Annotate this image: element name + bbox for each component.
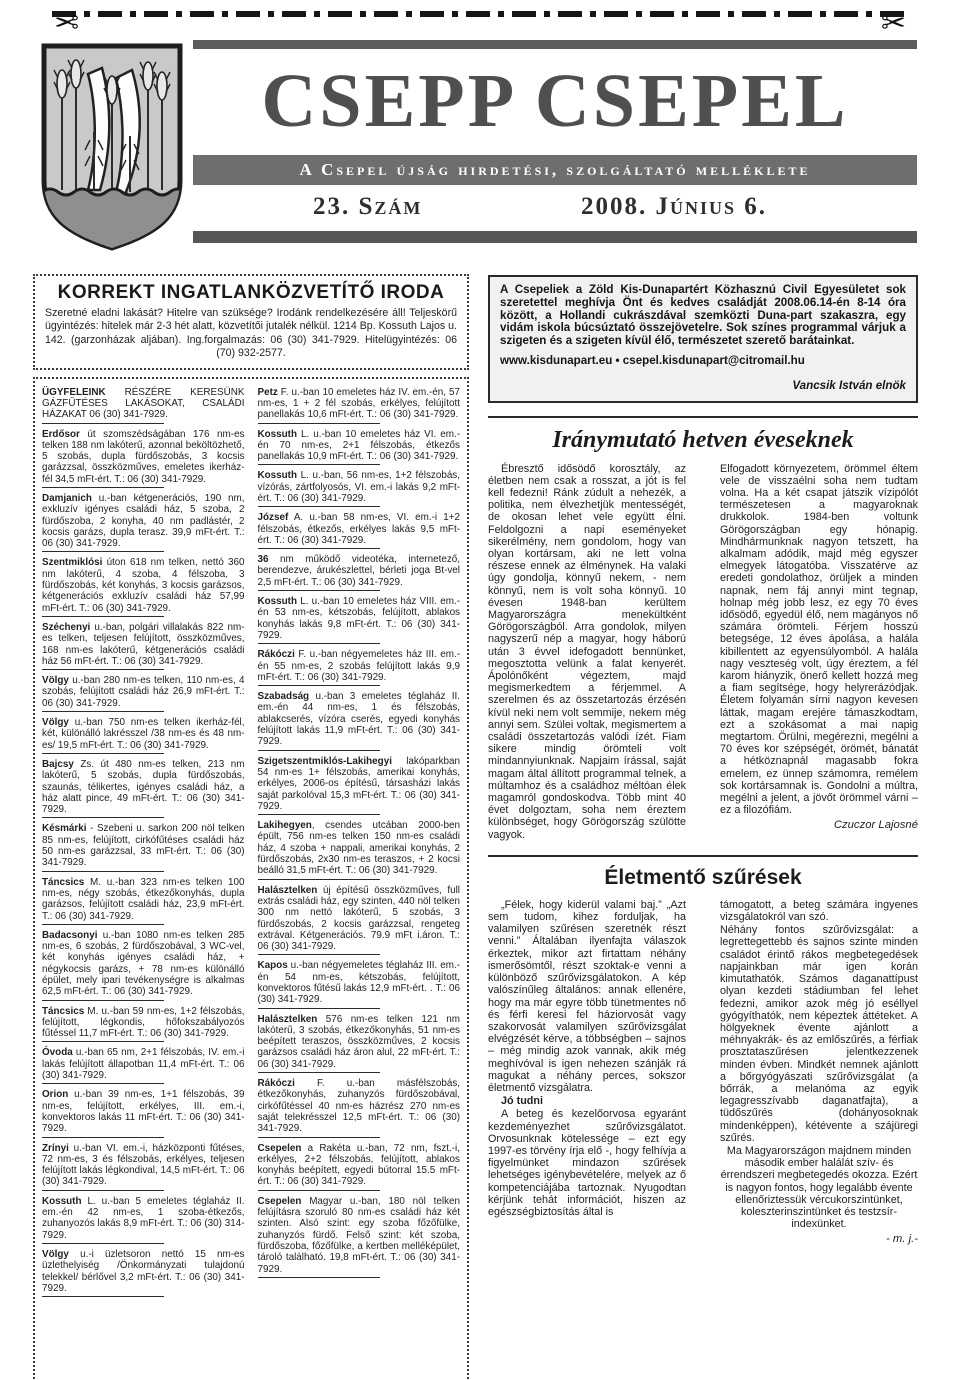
ad-separator xyxy=(42,669,164,670)
classified-ad: Rákóczi F. u.-ban négyemeletes ház III. … xyxy=(258,649,461,686)
ad-separator xyxy=(258,643,380,644)
ad-text: Zrínyi u.-ban VI. em.-i, házközponti fűt… xyxy=(42,1143,245,1188)
ad-separator xyxy=(42,1243,164,1244)
ad-separator xyxy=(258,814,380,815)
article1-column-1: Ébresztő idősödő korosztály, az életben … xyxy=(488,463,686,842)
ad-text: Táncsics M. u.-ban 59 nm-es, 1+2 félszob… xyxy=(42,1006,245,1040)
ad-separator xyxy=(42,616,164,617)
ad-separator xyxy=(258,1008,380,1009)
ad-separator xyxy=(258,548,380,549)
ad-text: Damjanich u.-ban kétgenerációs, 190 nm, … xyxy=(42,493,245,549)
csepel-coat-of-arms xyxy=(36,40,188,254)
ad-text: Bajcsy Zs. út 480 nm-es telken, 213 nm l… xyxy=(42,759,245,815)
civil-association-box: A Csepeliek a Zöld Kis-Dunapartért Közha… xyxy=(488,275,918,403)
article2-signature: - m. j.- xyxy=(720,1233,918,1245)
classified-ad: Kossuth L. u.-ban 10 emeletes ház VIII. … xyxy=(258,596,461,644)
classified-ad: Erdősor út szomszédságában 176 nm-es tel… xyxy=(42,429,245,488)
ad-separator xyxy=(42,487,164,488)
ad-text: Kossuth L. u.-ban, 56 nm-es, 1+2 félszob… xyxy=(258,470,461,504)
ad-text: Táncsics M. u.-ban 323 nm-es telken 100 … xyxy=(42,877,245,922)
article1-title: Iránymutató hetven éveseknek xyxy=(488,427,918,454)
ad-text: Szigetszentmiklós-Lakihegyi lakóparkban … xyxy=(258,756,461,812)
ad-text: Szentmiklósi úton 618 nm telken, nettó 3… xyxy=(42,557,245,613)
article2-column-1: „Félek, hogy kiderül valami baj.” „Azt s… xyxy=(488,899,686,1245)
classified-ad: Völgy u.-ban 280 nm-es telken, 110 nm-es… xyxy=(42,675,245,712)
classified-ad: Kossuth L. u.-ban 5 emeletes téglaház II… xyxy=(42,1196,245,1244)
civil-signature: Vancsik István elnök xyxy=(500,380,906,393)
ad-text: Völgy u.-ban 750 nm-es telken ikerház-fé… xyxy=(42,717,245,751)
article2-subhead: Jó tudni xyxy=(488,1095,686,1107)
classified-ads-box: ÜGYFELEINK RÉSZÉRE KERESÜNK GÁZFŰTÉSES L… xyxy=(33,377,469,1380)
ad-text: Kossuth L. u.-ban 5 emeletes téglaház II… xyxy=(42,1196,245,1241)
classified-ad: Zrínyi u.-ban VI. em.-i, házközponti fűt… xyxy=(42,1143,245,1191)
ad-text: Széchenyi u.-ban, polgári villalakás 822… xyxy=(42,622,245,667)
civil-invitation-text: A Csepeliek a Zöld Kis-Dunapartért Közha… xyxy=(500,284,906,348)
ad-text: Rákóczi F. u.-ban másfélszobás, étkezőko… xyxy=(258,1078,461,1134)
ad-text: Völgy u.-i üzletsoron nettó 15 nm-es üzl… xyxy=(42,1249,245,1294)
ad-text: Szabadság u.-ban 3 emeletes téglaház II.… xyxy=(258,691,461,747)
ad-text: Erdősor út szomszédságában 176 nm-es tel… xyxy=(42,429,245,485)
ad-separator xyxy=(42,423,164,424)
ad-text: Völgy u.-ban 280 nm-es telken, 110 nm-es… xyxy=(42,675,245,709)
ad-text: Lakihegyen, csendes utcában 2000-ben épü… xyxy=(258,820,461,876)
classified-ad: Bajcsy Zs. út 480 nm-es telken, 213 nm l… xyxy=(42,759,245,818)
classified-ad: Szigetszentmiklós-Lakihegyi lakóparkban … xyxy=(258,756,461,815)
ad-separator xyxy=(258,879,380,880)
ad-text: ÜGYFELEINK RÉSZÉRE KERESÜNK GÁZFŰTÉSES L… xyxy=(42,387,245,421)
article1-text: Ébresztő idősödő korosztály, az életben … xyxy=(488,463,686,841)
korrekt-office-body: Szeretné eladni lakását? Hitelre van szü… xyxy=(45,307,457,361)
ad-text: Óvoda u.-ban 65 nm, 2+1 félszobás, IV. e… xyxy=(42,1047,245,1081)
ad-separator xyxy=(42,924,164,925)
ad-separator xyxy=(258,954,380,955)
ad-separator xyxy=(258,750,380,751)
ad-text: Késmárki - Szebeni u. sarkon 200 nöl tel… xyxy=(42,823,245,868)
ad-separator xyxy=(42,1296,164,1297)
article2-column-2: támogatott, a beteg számára ingyenes viz… xyxy=(720,899,918,1245)
ad-separator xyxy=(258,1137,380,1138)
section-rule xyxy=(488,416,918,418)
ad-separator xyxy=(258,1190,380,1191)
articles-section: A Csepeliek a Zöld Kis-Dunapartért Közha… xyxy=(488,275,918,1245)
ad-separator xyxy=(42,551,164,552)
ad-text: Csepelen a Rakéta u.-ban, 72 nm, fszt.-i… xyxy=(258,1143,461,1188)
classified-ad: Petz F. u.-ban 10 emeletes ház IV. em.-é… xyxy=(258,387,461,424)
page-title: CSEPP CSEPEL xyxy=(193,63,917,141)
classified-ad: ÜGYFELEINK RÉSZÉRE KERESÜNK GÁZFŰTÉSES L… xyxy=(42,387,245,424)
article1-signature: Czuczor Lajosné xyxy=(720,819,918,831)
classified-ad: Óvoda u.-ban 65 nm, 2+1 félszobás, IV. e… xyxy=(42,1047,245,1084)
classified-ad: Völgy u.-ban 750 nm-es telken ikerház-fé… xyxy=(42,717,245,754)
ad-text: Rákóczi F. u.-ban négyemeletes ház III. … xyxy=(258,649,461,683)
ad-text: Csepelen Magyar u.-ban, 180 nöl telken f… xyxy=(258,1196,461,1275)
classified-ad: Kossuth L. u.-ban, 56 nm-es, 1+2 félszob… xyxy=(258,470,461,507)
ads-column-2: Petz F. u.-ban 10 emeletes ház IV. em.-é… xyxy=(258,387,461,1373)
ad-separator xyxy=(258,506,380,507)
ad-separator xyxy=(258,1277,380,1278)
ad-text: József A. u.-ban 58 nm-es, VI. em.-i 1+2… xyxy=(258,512,461,546)
ad-separator xyxy=(42,817,164,818)
classified-ad: Damjanich u.-ban kétgenerációs, 190 nm, … xyxy=(42,493,245,552)
korrekt-office-box: KORREKT INGATLANKÖZVETÍTŐ IRODA Szeretné… xyxy=(33,274,469,370)
classified-ad: Szabadság u.-ban 3 emeletes téglaház II.… xyxy=(258,691,461,750)
ad-separator xyxy=(42,1083,164,1084)
ad-text: Petz F. u.-ban 10 emeletes ház IV. em.-é… xyxy=(258,387,461,421)
ad-separator xyxy=(42,1190,164,1191)
article2-title: Életmentő szűrések xyxy=(488,866,918,890)
ad-separator xyxy=(42,1000,164,1001)
classified-ad: Orion u.-ban 39 nm-es, 1+1 félszobás, 39… xyxy=(42,1089,245,1137)
article2-paragraph: A beteg és kezelőorvosa egyaránt kezdemé… xyxy=(488,1108,686,1218)
classifieds-section: KORREKT INGATLANKÖZVETÍTŐ IRODA Szeretné… xyxy=(33,274,469,1380)
cut-line: ✂ ✂ xyxy=(52,11,908,17)
ad-text: Halásztelken új építésű összközműves, fu… xyxy=(258,885,461,953)
article1-text: Elfogadott környezetem, örömmel éltem ve… xyxy=(720,463,918,817)
ad-separator xyxy=(258,1072,380,1073)
ad-text: 36 nm működő videotéka, internetező, ber… xyxy=(258,554,461,588)
classified-ad: Badacsonyi u.-ban 1080 nm-es telken 285 … xyxy=(42,930,245,1001)
scissors-icon: ✂ xyxy=(881,9,906,39)
classified-ad: Halásztelken új építésű összközműves, fu… xyxy=(258,885,461,956)
classified-ad: Rákóczi F. u.-ban másfélszobás, étkezőko… xyxy=(258,1078,461,1137)
article1-column-2: Elfogadott környezetem, örömmel éltem ve… xyxy=(720,463,918,842)
ad-separator xyxy=(42,871,164,872)
masthead: CSEPP CSEPEL A Csepel újság hirdetési, s… xyxy=(193,40,917,243)
ad-separator xyxy=(258,590,380,591)
ad-text: Orion u.-ban 39 nm-es, 1+1 félszobás, 39… xyxy=(42,1089,245,1134)
masthead-bottom-rule xyxy=(193,231,917,243)
ad-text: Kapos u.-ban négyemeletes téglaház III. … xyxy=(258,960,461,1005)
civil-contact-line: www.kisdunapart.eu • csepel.kisdunapart@… xyxy=(500,355,906,368)
ad-text: Kossuth L. u.-ban 10 emeletes ház VIII. … xyxy=(258,596,461,641)
classified-ad: Táncsics M. u.-ban 59 nm-es, 1+2 félszob… xyxy=(42,1006,245,1043)
classified-ad: Széchenyi u.-ban, polgári villalakás 822… xyxy=(42,622,245,670)
article2-body: „Félek, hogy kiderül valami baj.” „Azt s… xyxy=(488,899,918,1245)
issue-date: 2008. Június 6. xyxy=(581,193,767,221)
masthead-top-rule xyxy=(193,40,917,49)
ad-separator xyxy=(42,1041,164,1042)
classified-ad: Táncsics M. u.-ban 323 nm-es telken 100 … xyxy=(42,877,245,925)
classified-ad: 36 nm működő videotéka, internetező, ber… xyxy=(258,554,461,591)
issue-row: 23. Szám 2008. Június 6. xyxy=(193,193,917,221)
classified-ad: Csepelen Magyar u.-ban, 180 nöl telken f… xyxy=(258,1196,461,1278)
article2-paragraph: Néhány fontos szűrővizsgálat: a legrette… xyxy=(720,924,918,1144)
ad-separator xyxy=(258,464,380,465)
masthead-subtitle: A Csepel újság hirdetési, szolgáltató me… xyxy=(193,155,917,185)
ad-separator xyxy=(42,1137,164,1138)
classified-ad: Völgy u.-i üzletsoron nettó 15 nm-es üzl… xyxy=(42,1249,245,1297)
ad-text: Kossuth L. u.-ban 10 emeletes ház VI. em… xyxy=(258,429,461,463)
classified-ad: József A. u.-ban 58 nm-es, VI. em.-i 1+2… xyxy=(258,512,461,549)
classified-ad: Kapos u.-ban négyemeletes téglaház III. … xyxy=(258,960,461,1008)
article2-paragraph: „Félek, hogy kiderül valami baj.” „Azt s… xyxy=(488,899,686,1094)
classified-ad: Kossuth L. u.-ban 10 emeletes ház VI. em… xyxy=(258,429,461,466)
article1-body: Ébresztő idősödő korosztály, az életben … xyxy=(488,463,918,842)
ad-separator xyxy=(258,685,380,686)
classified-ad: Lakihegyen, csendes utcában 2000-ben épü… xyxy=(258,820,461,879)
article2-paragraph: támogatott, a beteg számára ingyenes viz… xyxy=(720,899,918,923)
ad-text: Halásztelken 576 nm-es telken 121 nm lak… xyxy=(258,1014,461,1070)
classified-ad: Szentmiklósi úton 618 nm telken, nettó 3… xyxy=(42,557,245,616)
korrekt-office-title: KORREKT INGATLANKÖZVETÍTŐ IRODA xyxy=(45,282,457,304)
article2-paragraph: Ma Magyarországon majdnem minden második… xyxy=(720,1145,918,1230)
classified-ad: Késmárki - Szebeni u. sarkon 200 nöl tel… xyxy=(42,823,245,871)
ad-separator xyxy=(42,711,164,712)
section-rule xyxy=(488,855,918,857)
scissors-icon: ✂ xyxy=(54,9,79,39)
ads-column-1: ÜGYFELEINK RÉSZÉRE KERESÜNK GÁZFŰTÉSES L… xyxy=(42,387,245,1373)
classified-ad: Csepelen a Rakéta u.-ban, 72 nm, fszt.-i… xyxy=(258,1143,461,1191)
issue-number: 23. Szám xyxy=(313,193,422,221)
ad-separator xyxy=(258,423,380,424)
classified-ad: Halásztelken 576 nm-es telken 121 nm lak… xyxy=(258,1014,461,1073)
ad-text: Badacsonyi u.-ban 1080 nm-es telken 285 … xyxy=(42,930,245,998)
ad-separator xyxy=(42,753,164,754)
